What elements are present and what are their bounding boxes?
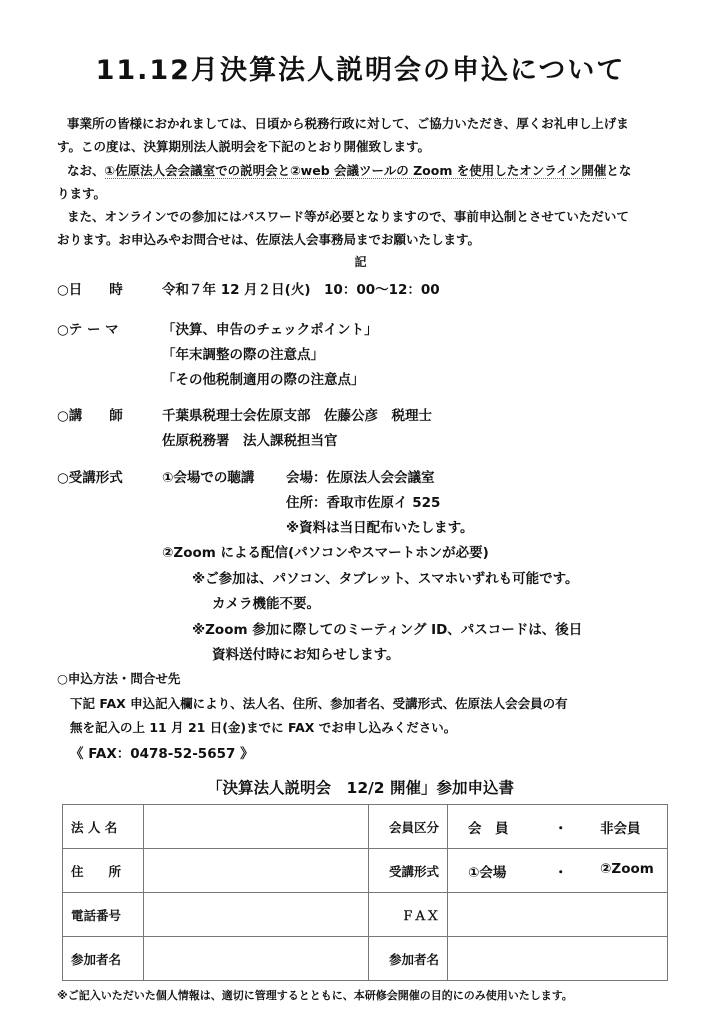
form-row: 電話番号 ＦＡＸ — [63, 893, 668, 937]
zoom-note: ※ご参加は、パソコン、タブレット、スマホいずれも可能です。 — [192, 567, 579, 587]
intro-text: なお、 — [67, 163, 105, 178]
intro-line: ります。 — [57, 184, 106, 202]
fax-number: 《 FAX：0478-52-5657 》 — [70, 742, 254, 762]
format-label: ○受講形式 — [57, 466, 123, 486]
participant-name-field[interactable] — [144, 937, 369, 981]
venue-note: ※資料は当日配布いたします。 — [286, 516, 474, 536]
theme-item: 「年末調整の際の注意点」 — [162, 343, 324, 363]
intro-line: す。この度は、決算期別法人説明会を下記のとおり開催致します。 — [57, 137, 430, 155]
underlined-text: ①佐原法人会会議室での説明会と②web 会議ツールの Zoom を使用したオンラ… — [105, 163, 607, 179]
option-member[interactable]: 会 員 — [468, 817, 554, 837]
apply-label: ○申込方法・問合せ先 — [57, 669, 180, 687]
form-title: 「決算法人説明会 12/2 開催」参加申込書 — [0, 776, 721, 798]
form-label: ＦＡＸ — [369, 893, 448, 937]
application-form: 法 人 名 会員区分 会 員 ・ 非会員 住 所 受講形式 ①会場 ・ ②Zoo… — [62, 804, 668, 981]
page-title: 11.12月決算法人説明会の申込について — [0, 48, 721, 87]
form-row: 法 人 名 会員区分 会 員 ・ 非会員 — [63, 805, 668, 849]
option-nonmember[interactable]: 非会員 — [600, 817, 641, 837]
form-label: 参加者名 — [369, 937, 448, 981]
fax-field[interactable] — [448, 893, 668, 937]
ki-heading: 記 — [0, 253, 721, 270]
zoom-note: 資料送付時にお知らせします。 — [212, 643, 400, 663]
form-label: 会員区分 — [369, 805, 448, 849]
form-label: 参加者名 — [63, 937, 144, 981]
option-zoom[interactable]: ②Zoom — [600, 861, 654, 881]
form-label: 電話番号 — [63, 893, 144, 937]
lecturer-line: 佐原税務署 法人課税担当官 — [162, 429, 338, 449]
venue-name: 会場：佐原法人会会議室 — [286, 466, 435, 486]
datetime-value: 令和７年 12 月２日(火) 10：00～12：00 — [162, 278, 440, 298]
intro-text: とな — [606, 163, 631, 178]
venue-address: 住所：香取市佐原イ 525 — [286, 491, 440, 511]
zoom-option: ②Zoom による配信(パソコンやスマートホンが必要) — [162, 541, 489, 561]
option-separator: ・ — [554, 817, 600, 837]
option-venue[interactable]: ①会場 — [468, 861, 554, 881]
intro-line: おります。お申込みやお問合せは、佐原法人会事務局までお願いたします。 — [57, 230, 480, 248]
privacy-note: ※ご記入いただいた個人情報は、適切に管理するとともに、本研修会開催の目的にのみ使… — [57, 987, 573, 1003]
lecturer-label: ○講 師 — [57, 404, 123, 424]
membership-field[interactable]: 会 員 ・ 非会員 — [448, 805, 668, 849]
intro-line: なお、①佐原法人会会議室での説明会と②web 会議ツールの Zoom を使用した… — [67, 161, 631, 179]
form-label: 受講形式 — [369, 849, 448, 893]
participant-name-field-2[interactable] — [448, 937, 668, 981]
theme-label: ○テ ー マ — [57, 318, 119, 338]
apply-line: 無を記入の上 11 月 21 日(金)までに FAX でお申し込みください。 — [70, 718, 456, 736]
zoom-note: カメラ機能不要。 — [212, 592, 320, 612]
intro-line: 事業所の皆様におかれましては、日頃から税務行政に対して、ご協力いただき、厚くお礼… — [67, 114, 629, 132]
option-separator: ・ — [554, 861, 600, 881]
form-row: 住 所 受講形式 ①会場 ・ ②Zoom — [63, 849, 668, 893]
attendance-format-field[interactable]: ①会場 ・ ②Zoom — [448, 849, 668, 893]
phone-field[interactable] — [144, 893, 369, 937]
address-field[interactable] — [144, 849, 369, 893]
datetime-label: ○日 時 — [57, 278, 123, 298]
apply-line: 下記 FAX 申込記入欄により、法人名、住所、参加者名、受講形式、佐原法人会会員… — [70, 694, 568, 712]
theme-item: 「その他税制適用の際の注意点」 — [162, 368, 365, 388]
lecturer-line: 千葉県税理士会佐原支部 佐藤公彦 税理士 — [162, 404, 432, 424]
form-label: 住 所 — [63, 849, 144, 893]
venue-option: ①会場での聴講 — [162, 466, 254, 486]
company-name-field[interactable] — [144, 805, 369, 849]
form-row: 参加者名 参加者名 — [63, 937, 668, 981]
zoom-note: ※Zoom 参加に際してのミーティング ID、パスコードは、後日 — [192, 618, 582, 638]
intro-line: また、オンラインでの参加にはパスワード等が必要となりますので、事前申込制とさせて… — [67, 207, 629, 225]
theme-item: 「決算、申告のチェックポイント」 — [162, 318, 378, 338]
form-label: 法 人 名 — [63, 805, 144, 849]
